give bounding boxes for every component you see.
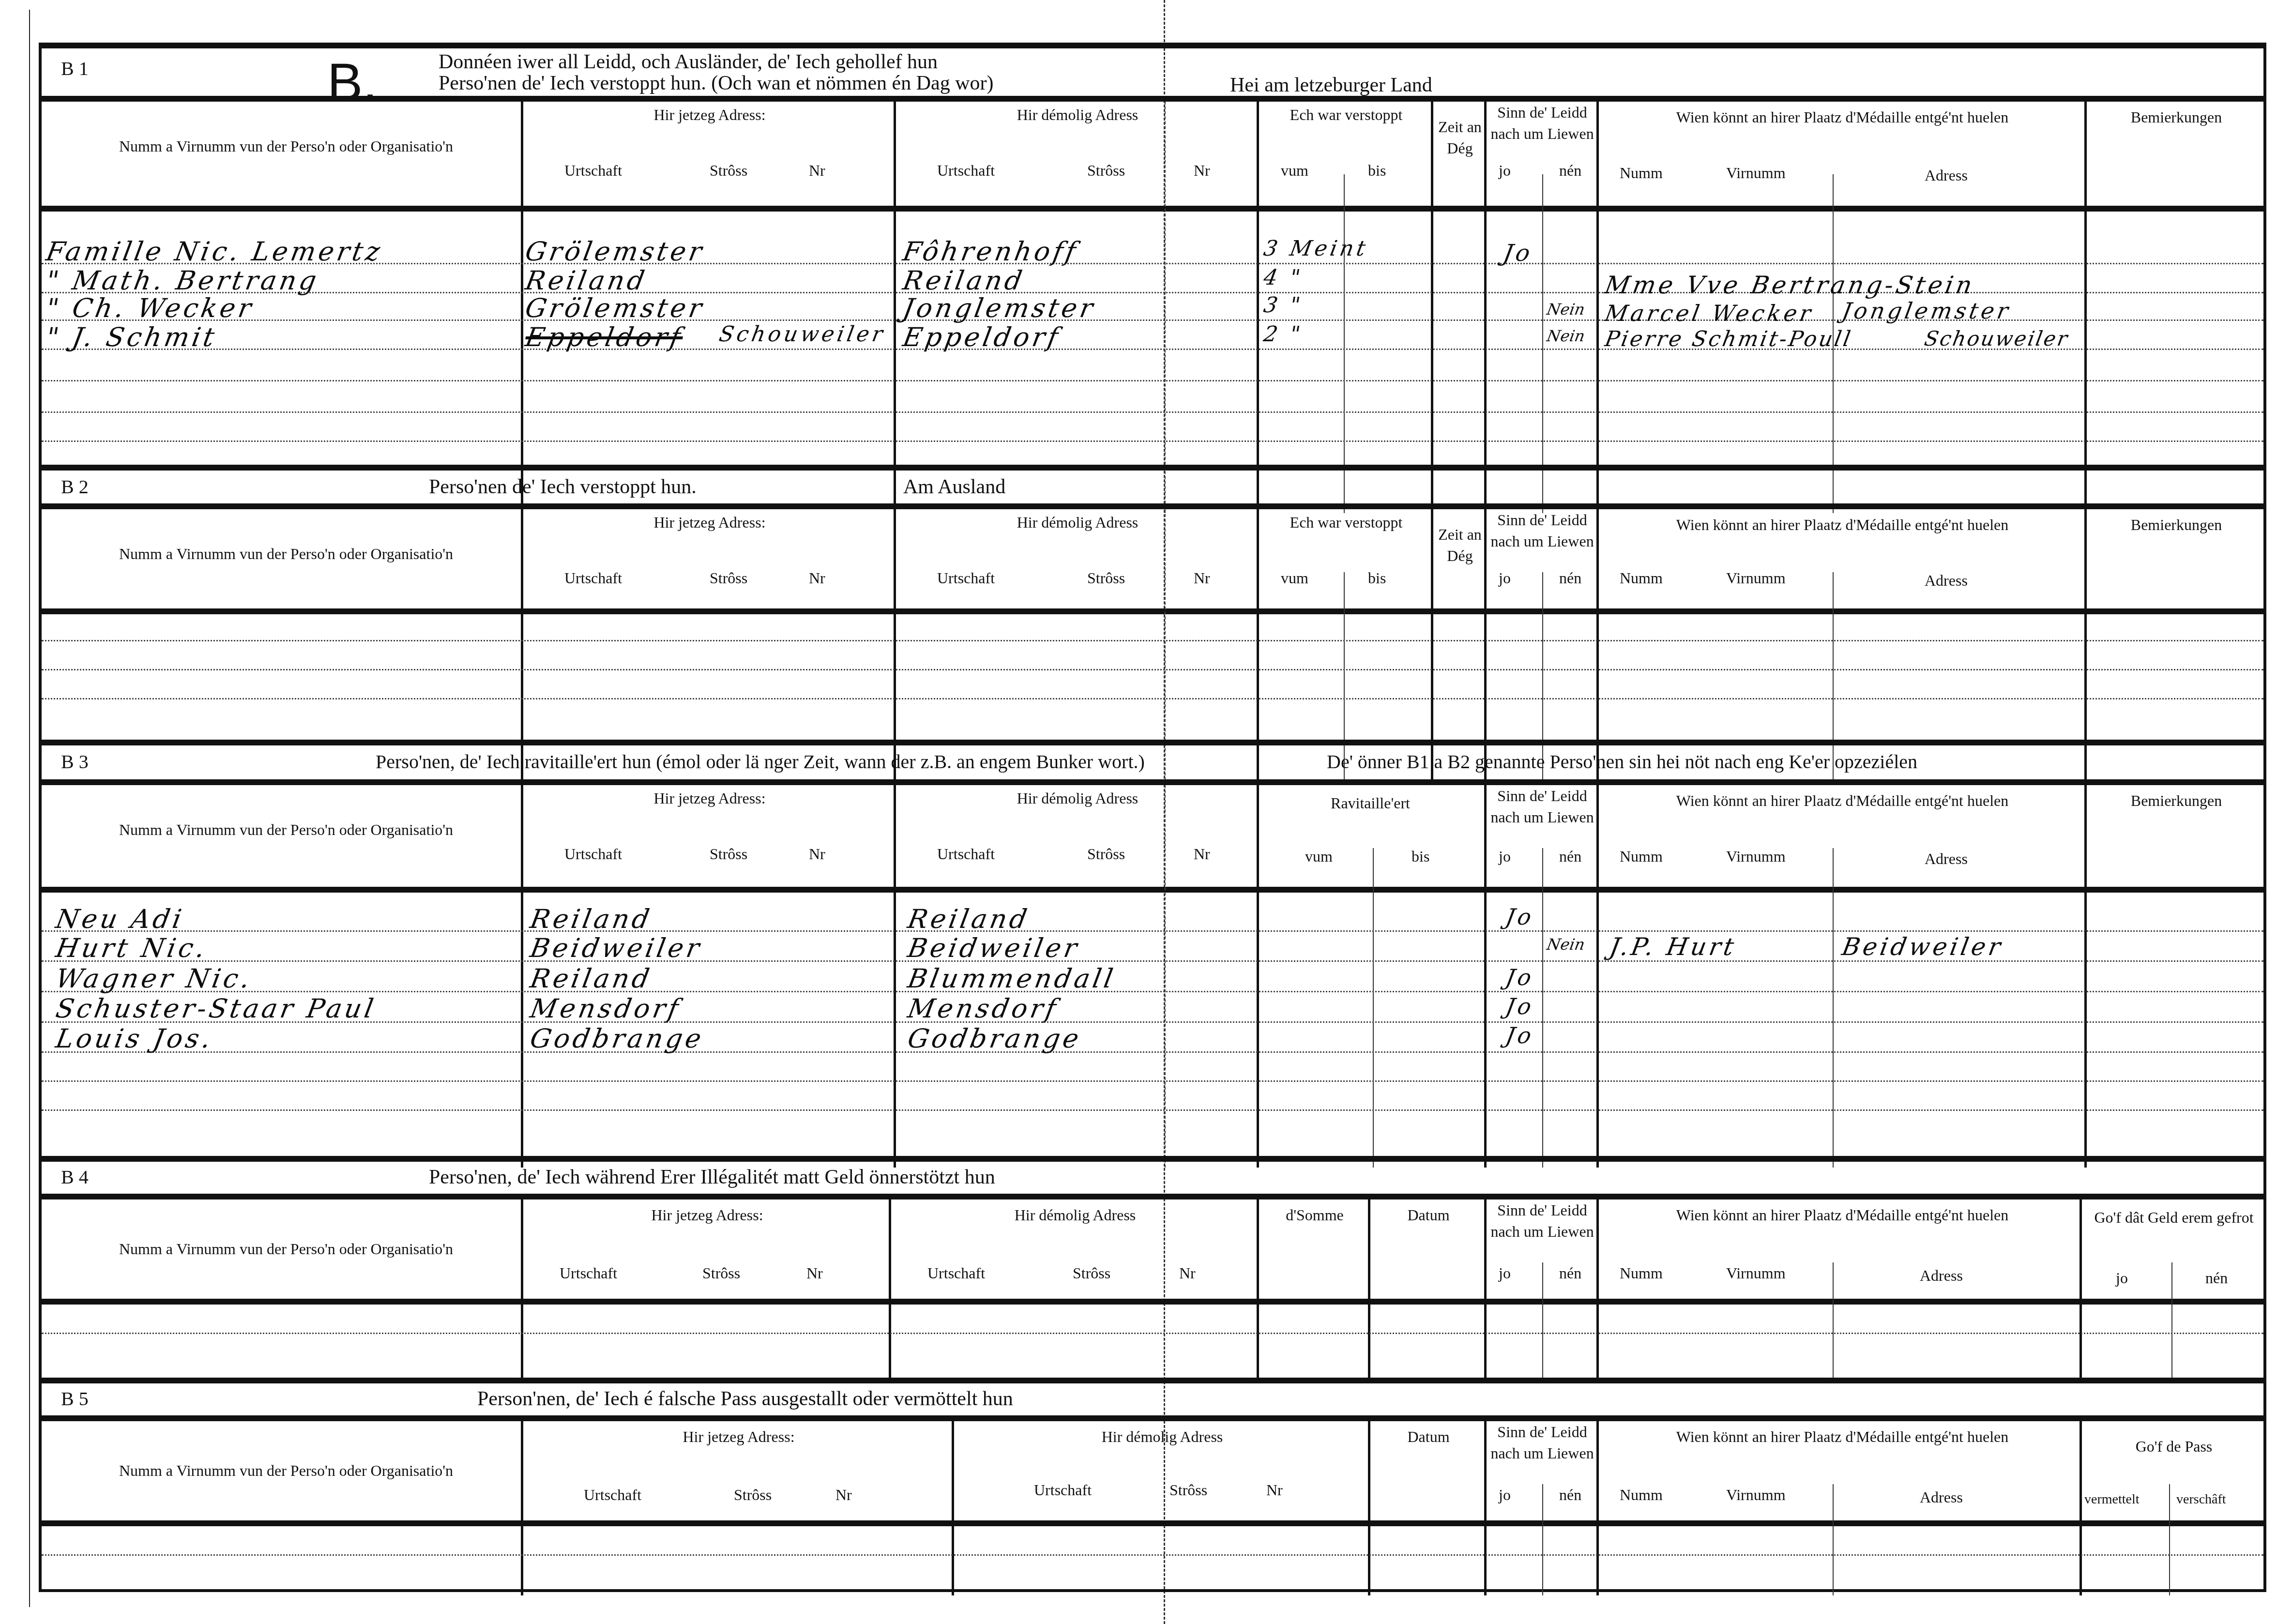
- section-title: Perso'nen, de' Iech während Erer Illégal…: [429, 1166, 995, 1189]
- b3-row2-name: Hurt Nic.: [53, 933, 210, 963]
- header-number: Nr: [809, 160, 825, 181]
- b1-row4-from: 2 ": [1262, 322, 1305, 347]
- header-alive: Sinn de' Leidd nach um Liewen: [1489, 785, 1595, 828]
- header-no: nén: [1559, 1484, 1581, 1505]
- header-hidden: Ech war verstoppt: [1259, 512, 1433, 533]
- header-no: nén: [1559, 1262, 1581, 1284]
- header-former-address: Hir démolig Adress: [898, 788, 1257, 809]
- header-street: Strôss: [710, 843, 747, 865]
- header-surname: Numm: [1620, 162, 1663, 183]
- header-current-address: Hir jetzeg Adress:: [526, 1204, 889, 1226]
- header-street: Strôss: [1087, 567, 1125, 589]
- header-remarks: Bemierkungen: [2089, 514, 2263, 535]
- header-locality: Urtschaft: [564, 843, 622, 865]
- header-yes: jo: [1499, 846, 1511, 867]
- header-procured: verschâft: [2176, 1489, 2226, 1510]
- b1-row4-current: Schouweiler: [717, 322, 888, 347]
- header-yes: jo: [1499, 160, 1511, 181]
- header-locality: Urtschaft: [564, 567, 622, 589]
- header-street: Strôss: [1169, 1479, 1207, 1501]
- header-street: Strôss: [734, 1484, 772, 1505]
- header-alive: Sinn de' Leidd nach um Liewen: [1489, 1199, 1595, 1242]
- b1-row4-name: " J. Schmit: [44, 322, 219, 352]
- header-name: Numm a Virnumm vun der Perso'n oder Orga…: [56, 1238, 516, 1260]
- header-address: Adress: [1920, 1265, 1963, 1286]
- b1-row1-former: Fôhrenhoff: [900, 236, 1081, 267]
- header-street: Strôss: [1087, 160, 1125, 181]
- header-address: Adress: [1920, 1487, 1963, 1508]
- section-code: B 1: [61, 57, 89, 80]
- header-street: Strôss: [710, 567, 747, 589]
- section-b2-table: Numm a Virnumm vun der Perso'n oder Orga…: [42, 503, 2263, 780]
- header-to: bis: [1368, 567, 1386, 589]
- section-place: Hei am letzeburger Land: [1230, 74, 1432, 97]
- section-title-line1: Donnéen iwer all Leidd, och Ausländer, d…: [439, 50, 938, 74]
- header-firstname: Virnumm: [1726, 846, 1786, 867]
- b1-row1-current: Grölemster: [523, 236, 707, 267]
- header-number: Nr: [1266, 1479, 1283, 1501]
- header-address: Adress: [1925, 165, 1968, 186]
- header-pass-given: Go'f de Pass: [2084, 1436, 2263, 1457]
- b3-row1-former: Reiland: [905, 904, 1032, 934]
- header-former-address: Hir démolig Adress: [898, 104, 1257, 125]
- header-alive: Sinn de' Leidd nach um Liewen: [1489, 102, 1595, 144]
- header-current-address: Hir jetzeg Adress:: [526, 104, 894, 125]
- header-number: Nr: [1179, 1262, 1196, 1284]
- header-yes: jo: [2116, 1267, 2128, 1289]
- header-number: Nr: [806, 1262, 823, 1284]
- header-no: nén: [1559, 160, 1581, 181]
- header-street: Strôss: [702, 1262, 740, 1284]
- header-to: bis: [1412, 846, 1429, 867]
- b3-row3-name: Wagner Nic.: [53, 963, 255, 994]
- page-edge: [29, 10, 30, 1607]
- header-medal: Wien könnt an hirer Plaatz d'Médaille en…: [1654, 790, 2031, 811]
- b3-row2-medal-address: Beidweiler: [1840, 933, 2005, 961]
- header-medal: Wien könnt an hirer Plaatz d'Médaille en…: [1654, 514, 2031, 535]
- header-supplied: Ravitaille'ert: [1259, 792, 1482, 814]
- header-firstname: Virnumm: [1726, 1484, 1786, 1505]
- b3-row3-alive-yes: Jo: [1503, 964, 1536, 990]
- b1-row2-former: Reiland: [900, 265, 1027, 296]
- section-code: B 3: [61, 750, 89, 773]
- section-b4-table: Numm a Virnumm vun der Perso'n oder Orga…: [42, 1194, 2263, 1383]
- header-days: Zeit an Dég: [1436, 116, 1484, 159]
- header-alive: Sinn de' Leidd nach um Liewen: [1489, 509, 1595, 552]
- header-locality: Urtschaft: [584, 1484, 641, 1505]
- section-b2-title: B 2 Perso'nen de' Iech verstoppt hun. Am…: [42, 465, 2263, 503]
- header-medal: Wien könnt an hirer Plaatz d'Médaille en…: [1654, 106, 2031, 128]
- b1-row2-name: " Math. Bertrang: [44, 265, 321, 296]
- header-former-address: Hir démolig Adress: [894, 1204, 1257, 1226]
- b3-row4-former: Mensdorf: [905, 993, 1061, 1024]
- header-number: Nr: [835, 1484, 852, 1505]
- form-page: B 1 B. Donnéen iwer all Leidd, och Auslä…: [39, 43, 2266, 1592]
- header-address: Adress: [1925, 848, 1968, 869]
- b3-row1-current: Reiland: [528, 904, 654, 934]
- header-no: nén: [1559, 567, 1581, 589]
- b3-row2-medal-name: J.P. Hurt: [1608, 933, 1739, 961]
- b1-row3-medal-name: Marcel Wecker: [1603, 300, 1816, 326]
- header-address: Adress: [1925, 570, 1968, 591]
- b1-row2-from: 4 ": [1262, 265, 1305, 290]
- b1-row3-from: 3 ": [1262, 293, 1305, 318]
- header-locality: Urtschaft: [927, 1262, 985, 1284]
- header-medal: Wien könnt an hirer Plaatz d'Médaille en…: [1654, 1426, 2031, 1447]
- section-code: B 5: [61, 1387, 89, 1410]
- header-locality: Urtschaft: [937, 843, 995, 865]
- section-note: De' önner B1 a B2 genannte Perso'nen sin…: [1327, 750, 1917, 773]
- section-code: B 4: [61, 1166, 89, 1188]
- section-title: Perso'nen de' Iech verstoppt hun.: [429, 475, 697, 499]
- header-remarks: Bemierkungen: [2089, 790, 2263, 811]
- b1-row1-from: 3 Meint: [1262, 236, 1370, 261]
- section-title-line2: Perso'nen de' Iech verstoppt hun. (Och w…: [439, 72, 993, 95]
- b3-row2-alive-no: Nein: [1546, 935, 1586, 954]
- b1-row2-medal-name: Mme Vve Bertrang-Stein: [1603, 271, 1977, 299]
- b3-row3-current: Reiland: [528, 963, 654, 994]
- b3-row5-name: Louis Jos.: [53, 1023, 215, 1054]
- header-locality: Urtschaft: [564, 160, 622, 181]
- header-number: Nr: [809, 567, 825, 589]
- header-name: Numm a Virnumm vun der Perso'n oder Orga…: [56, 543, 516, 564]
- header-name: Numm a Virnumm vun der Perso'n oder Orga…: [56, 1460, 516, 1481]
- header-to: bis: [1368, 160, 1386, 181]
- header-locality: Urtschaft: [937, 567, 995, 589]
- b1-row2-current: Reiland: [523, 265, 650, 296]
- b3-row4-alive-yes: Jo: [1503, 993, 1536, 1019]
- header-number: Nr: [809, 843, 825, 865]
- header-name: Numm a Virnumm vun der Perso'n oder Orga…: [56, 136, 516, 157]
- header-former-address: Hir démolig Adress: [898, 512, 1257, 533]
- header-number: Nr: [1194, 567, 1210, 589]
- header-yes: jo: [1499, 567, 1511, 589]
- header-remarks: Bemierkungen: [2089, 106, 2263, 128]
- section-title: Person'nen, de' Iech é falsche Pass ausg…: [477, 1387, 1013, 1411]
- header-date: Datum: [1373, 1426, 1484, 1447]
- header-medal: Wien könnt an hirer Plaatz d'Médaille en…: [1654, 1204, 2031, 1226]
- b3-row1-alive-yes: Jo: [1503, 904, 1536, 930]
- b3-row2-current: Beidweiler: [528, 933, 704, 963]
- header-locality: Urtschaft: [1034, 1479, 1092, 1501]
- b1-row3-name: " Ch. Wecker: [44, 293, 256, 323]
- section-b4-title: B 4 Perso'nen, de' Iech während Erer Ill…: [42, 1156, 2263, 1194]
- section-b3-table: Numm a Virnumm vun der Perso'n oder Orga…: [42, 779, 2263, 1168]
- section-b1-title: B 1 B. Donnéen iwer all Leidd, och Auslä…: [42, 43, 2263, 96]
- header-alive: Sinn de' Leidd nach um Liewen: [1489, 1421, 1595, 1464]
- header-no: nén: [2205, 1267, 2228, 1289]
- header-money-given: Go'f dât Geld erem gefrot: [2084, 1207, 2263, 1228]
- header-current-address: Hir jetzeg Adress:: [526, 1426, 952, 1447]
- b1-row1-alive-yes: Jo: [1501, 240, 1535, 267]
- section-b5-table: Numm a Virnumm vun der Perso'n oder Orga…: [42, 1415, 2263, 1595]
- header-surname: Numm: [1620, 1262, 1663, 1284]
- header-firstname: Virnumm: [1726, 162, 1786, 183]
- b3-row5-current: Godbrange: [528, 1023, 706, 1054]
- b1-row3-current: Grölemster: [523, 293, 707, 323]
- header-mediated: vermettelt: [2084, 1489, 2140, 1510]
- header-yes: jo: [1499, 1262, 1511, 1284]
- section-b3-title: B 3 Perso'nen, de' Iech ravitaille'ert h…: [42, 740, 2263, 779]
- header-yes: jo: [1499, 1484, 1511, 1505]
- section-title: Perso'nen, de' Iech ravitaille'ert hun (…: [376, 750, 1145, 773]
- header-current-address: Hir jetzeg Adress:: [526, 512, 894, 533]
- header-number: Nr: [1194, 160, 1210, 181]
- header-surname: Numm: [1620, 846, 1663, 867]
- section-b5-title: B 5 Person'nen, de' Iech é falsche Pass …: [42, 1378, 2263, 1415]
- header-days: Zeit an Dég: [1436, 524, 1484, 566]
- header-street: Strôss: [1073, 1262, 1110, 1284]
- header-no: nén: [1559, 846, 1581, 867]
- header-sum: d'Somme: [1261, 1204, 1368, 1226]
- b1-row4-medal-name: Pierre Schmit-Poull: [1603, 327, 1854, 351]
- header-from: vum: [1305, 846, 1333, 867]
- b1-row3-alive-no: Nein: [1546, 300, 1586, 319]
- header-surname: Numm: [1620, 567, 1663, 589]
- b3-row2-former: Beidweiler: [905, 933, 1082, 963]
- b1-row4-former: Eppeldorf: [900, 322, 1063, 352]
- header-street: Strôss: [710, 160, 747, 181]
- b3-row5-former: Godbrange: [905, 1023, 1084, 1054]
- section-b1-table: Numm a Virnumm vun der Perso'n oder Orga…: [42, 96, 2263, 513]
- header-from: vum: [1281, 160, 1308, 181]
- header-firstname: Virnumm: [1726, 1262, 1786, 1284]
- header-former-address: Hir démolig Adress: [956, 1426, 1368, 1447]
- b1-row4-medal-address: Schouweiler: [1923, 327, 2071, 350]
- b3-row4-name: Schuster-Staar Paul: [53, 993, 379, 1024]
- header-locality: Urtschaft: [560, 1262, 617, 1284]
- header-number: Nr: [1194, 843, 1210, 865]
- b3-row5-alive-yes: Jo: [1503, 1022, 1536, 1048]
- b1-row4-current-struck: Eppeldorf: [523, 322, 685, 352]
- header-hidden: Ech war verstoppt: [1259, 104, 1433, 125]
- b3-row4-current: Mensdorf: [528, 993, 683, 1024]
- section-code: B 2: [61, 475, 89, 498]
- header-name: Numm a Virnumm vun der Perso'n oder Orga…: [56, 819, 516, 840]
- b1-row4-alive-no: Nein: [1546, 327, 1586, 345]
- header-current-address: Hir jetzeg Adress:: [526, 788, 894, 809]
- b3-row1-name: Neu Adi: [53, 904, 186, 934]
- b3-row3-former: Blummendall: [905, 963, 1118, 994]
- b1-row1-name: Famille Nic. Lemertz: [44, 236, 385, 267]
- header-street: Strôss: [1087, 843, 1125, 865]
- header-firstname: Virnumm: [1726, 567, 1786, 589]
- header-surname: Numm: [1620, 1484, 1663, 1505]
- header-from: vum: [1281, 567, 1308, 589]
- section-place: Am Ausland: [903, 475, 1005, 499]
- b1-row3-former: Jonglemster: [900, 293, 1098, 323]
- b1-row3-medal-address: Jonglemster: [1840, 298, 2013, 324]
- header-locality: Urtschaft: [937, 160, 995, 181]
- header-date: Datum: [1373, 1204, 1484, 1226]
